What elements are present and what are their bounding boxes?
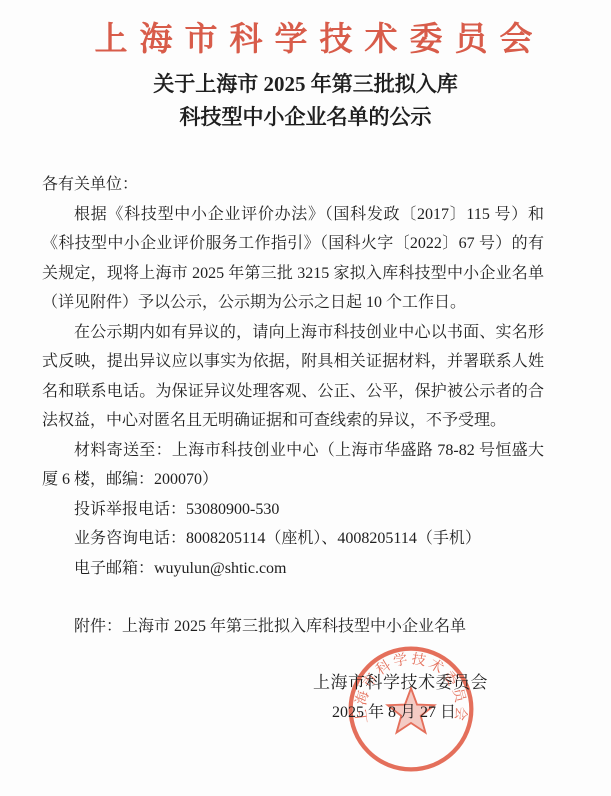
document-body: 各有关单位： 根据《科技型中小企业评价办法》（国科发政〔2017〕115 号）和… bbox=[42, 170, 544, 642]
paragraph-legal-basis: 根据《科技型中小企业评价办法》（国科发政〔2017〕115 号）和《科技型中小企… bbox=[42, 200, 544, 318]
paragraph-objection-rules: 在公示期内如有异议的，请向上海市科技创业中心以书面、实名形式反映，提出异议应以事… bbox=[42, 318, 544, 436]
document-page: 上海市科学技术委员会 关于上海市 2025 年第三批拟入库 科技型中小企业名单的… bbox=[0, 0, 611, 796]
service-phone-line: 业务咨询电话：8008205114（座机）、4008205114（手机） bbox=[42, 524, 544, 554]
signature-date: 2025 年 8 月 27 日 bbox=[332, 698, 456, 728]
document-title-line-1: 关于上海市 2025 年第三批拟入库 bbox=[0, 68, 611, 101]
document-title-line-2: 科技型中小企业名单的公示 bbox=[0, 101, 611, 134]
signature-organization: 上海市科学技术委员会 bbox=[313, 668, 488, 698]
salutation: 各有关单位： bbox=[42, 170, 544, 200]
email-line: 电子邮箱：wuyulun@shtic.com bbox=[42, 554, 544, 584]
complaint-phone-line: 投诉举报电话：53080900-530 bbox=[42, 495, 544, 525]
mailing-address-line: 材料寄送至：上海市科技创业中心（上海市华盛路 78-82 号恒盛大厦 6 楼，邮… bbox=[42, 436, 544, 495]
attachment-line: 附件：上海市 2025 年第三批拟入库科技型中小企业名单 bbox=[42, 612, 544, 642]
issuer-header: 上海市科学技术委员会 bbox=[0, 0, 611, 60]
